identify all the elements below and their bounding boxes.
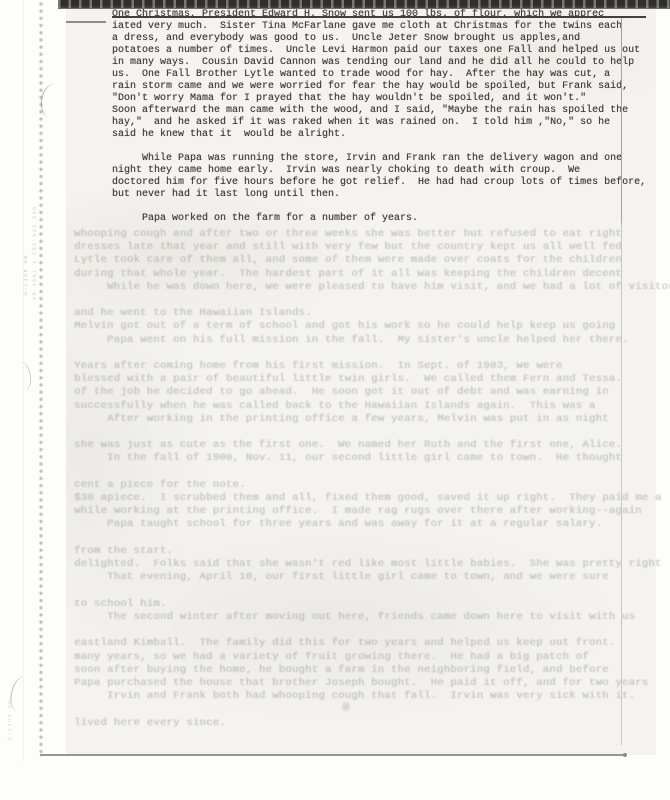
bleedthrough-smudge (342, 702, 350, 711)
binder-ring-mark (10, 361, 33, 393)
torn-edge-dashes (58, 0, 670, 8)
typed-text: One Christmas, President Edward H. Snow … (112, 9, 652, 225)
page-right-edge-line (621, 18, 622, 223)
edge-marking-text: C-Line no. (22, 250, 29, 295)
scanned-document-page: C-Line no. 80-4601 1-555-831 559 C-Line … (0, 0, 670, 800)
page-top-edge-line (112, 16, 646, 18)
torn-top-edge (58, 0, 670, 9)
page-top-edge-line-stub (66, 21, 106, 23)
page-right-edge-line (621, 223, 622, 745)
bleedthrough-text: whooping cough and after two or three we… (74, 228, 649, 730)
page-bottom-edge-line (40, 754, 625, 756)
page-bottom-edge-dot (623, 753, 627, 757)
